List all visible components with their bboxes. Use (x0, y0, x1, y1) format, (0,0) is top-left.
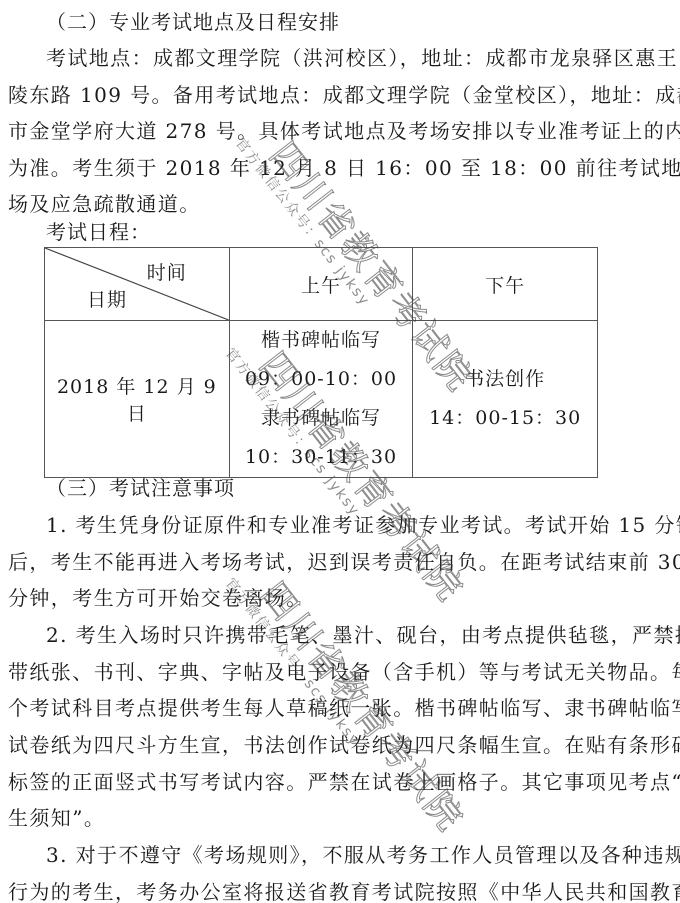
header-afternoon: 下午 (413, 248, 598, 321)
item1-line: 后，考生不能再进入考场考试，迟到误考责任自负。在距考试结束前 30 (8, 544, 668, 580)
schedule-label: 考试日程： (46, 214, 151, 250)
table-header-row: 时间 日期 上午 下午 (45, 248, 598, 321)
item1-line: 1. 考生凭身份证原件和专业准考证参加专业考试。考试开始 15 分钟 (46, 507, 668, 543)
section-heading-notes: （三）考试注意事项 (46, 470, 235, 506)
item2-line: 试卷纸为四尺斗方生宣，书法创作试卷纸为四尺条幅生宣。在贴有条形码 (8, 727, 668, 763)
diagonal-header-cell: 时间 日期 (45, 248, 230, 321)
item2-line: 生须知”。 (8, 800, 668, 836)
afternoon-subject-1: 书法创作 (413, 360, 597, 399)
paragraph-line: 考试地点：成都文理学院（洪河校区），地址：成都市龙泉驿区惠王 (46, 40, 668, 76)
afternoon-cell: 书法创作 14：00-15：30 (413, 321, 598, 478)
diagonal-divider-line (45, 248, 229, 320)
morning-cell: 楷书碑帖临写 09：00-10：00 隶书碑帖临写 10：30-11：30 (229, 321, 413, 478)
item2-line: 标签的正面竖式书写考试内容。严禁在试卷上画格子。其它事项见考点“考 (8, 764, 668, 800)
item1-line: 分钟，考生方可开始交卷离场。 (8, 580, 668, 616)
exam-schedule-table: 时间 日期 上午 下午 2018 年 12 月 9 日 楷书碑帖临写 09：00… (44, 247, 598, 478)
table-row: 2018 年 12 月 9 日 楷书碑帖临写 09：00-10：00 隶书碑帖临… (45, 321, 598, 478)
paragraph-line: 市金堂学府大道 278 号。具体考试地点及考场安排以专业准考证上的内容 (8, 113, 668, 149)
morning-time-1: 09：00-10：00 (230, 360, 413, 399)
header-date-label: 日期 (87, 285, 127, 312)
item3-line: 行为的考生，考务办公室将报送省教育考试院按照《中华人民共和国教育 (8, 874, 668, 903)
item3-line: 3. 对于不遵守《考场规则》，不服从考务工作人员管理以及各种违规 (46, 837, 668, 873)
item2-line: 2. 考生入场时只许携带毛笔、墨汁、砚台，由考点提供毡毯，严禁携 (46, 617, 668, 653)
paragraph-line: 为准。考生须于 2018 年 12 月 8 日 16：00 至 18：00 前往… (8, 150, 668, 186)
header-time-label: 时间 (147, 258, 187, 285)
date-cell: 2018 年 12 月 9 日 (45, 321, 230, 478)
document-page: （二）专业考试地点及日程安排 考试地点：成都文理学院（洪河校区），地址：成都市龙… (0, 0, 680, 903)
morning-subject-2: 隶书碑帖临写 (230, 399, 413, 438)
paragraph-line: 陵东路 109 号。备用考试地点：成都文理学院（金堂校区），地址：成都 (8, 77, 668, 113)
item2-line: 个考试科目考点提供考生每人草稿纸一张。楷书碑帖临写、隶书碑帖临写 (8, 690, 668, 726)
afternoon-time-1: 14：00-15：30 (413, 399, 597, 438)
header-morning: 上午 (229, 248, 413, 321)
section-heading-schedule: （二）专业考试地点及日程安排 (46, 4, 340, 40)
item2-line: 带纸张、书刊、字典、字帖及电子设备（含手机）等与考试无关物品。每 (8, 654, 668, 690)
morning-time-2: 10：30-11：30 (230, 438, 413, 477)
morning-subject-1: 楷书碑帖临写 (230, 321, 413, 360)
